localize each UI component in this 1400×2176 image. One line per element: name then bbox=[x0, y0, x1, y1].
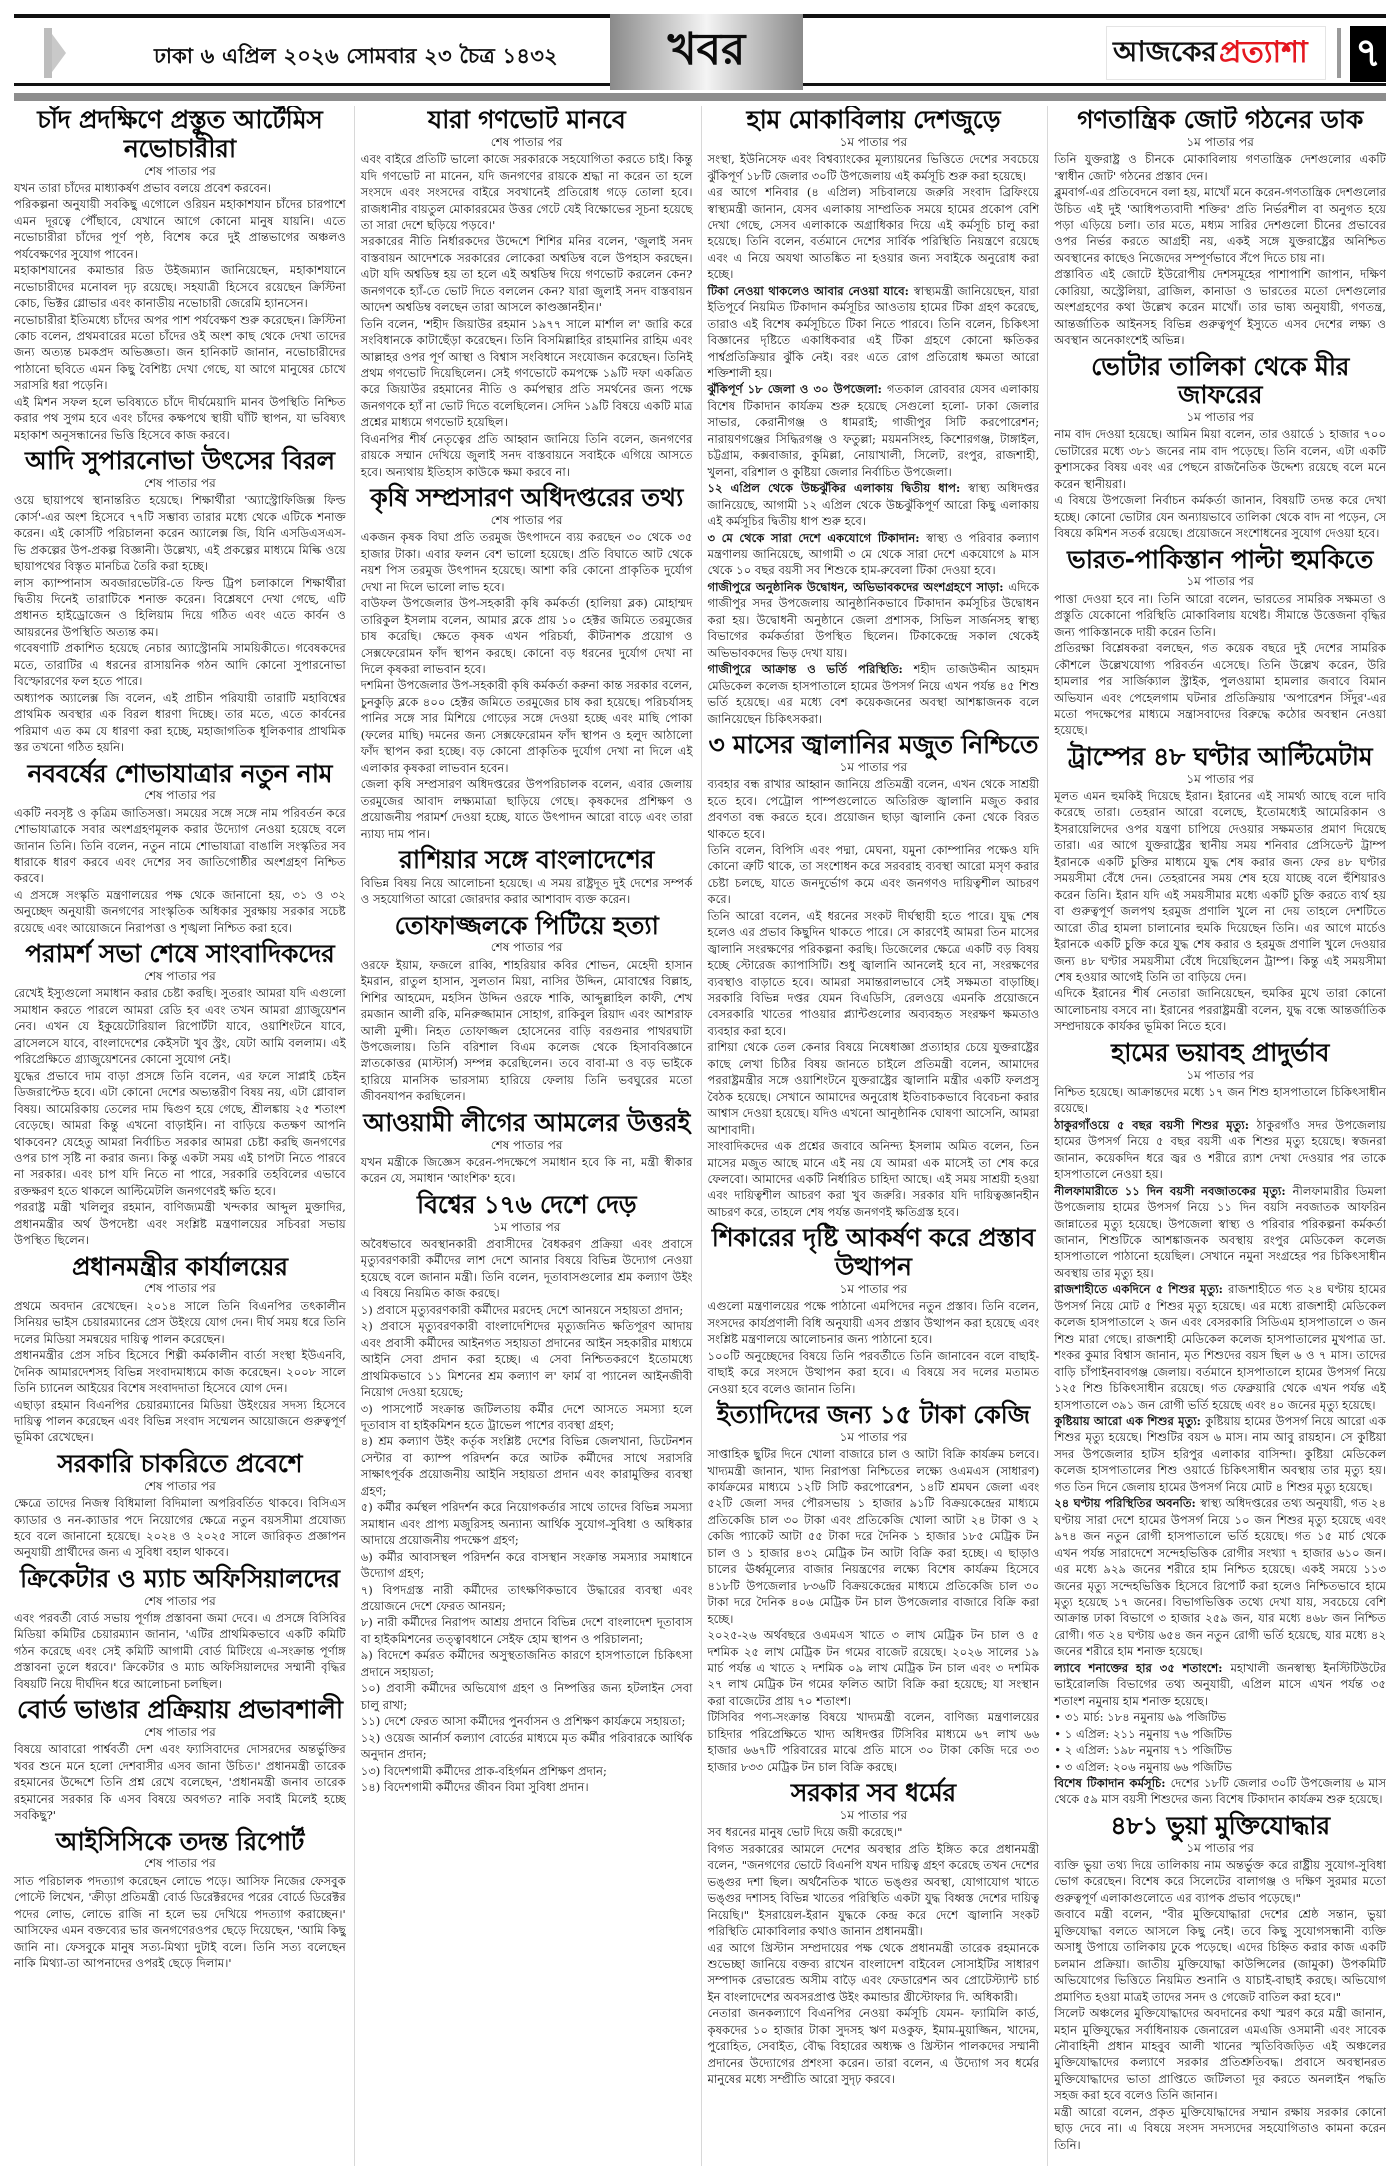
paragraph: ১২) ওয়েজ আর্নার্স কল্যাণ বোর্ডের মাধ্যম… bbox=[361, 1730, 693, 1763]
continued-from-label: ১ম পাতার পর bbox=[361, 1220, 693, 1234]
paragraph-lead: রাজশাহীতে একদিনে ৫ শিশুর মৃত্যু: bbox=[1054, 1282, 1228, 1296]
divider bbox=[1337, 28, 1341, 78]
article-body: একটি নবসৃষ্ট ও কৃত্রিম জাতিসত্তা। সময়ের… bbox=[14, 805, 346, 937]
paragraph: ২৪ ঘণ্টায় পরিস্থিতির অবনতি: স্বাস্থ্য অ… bbox=[1054, 1495, 1386, 1660]
article-headline[interactable]: চাঁদ প্রদক্ষিণে প্রস্তুত আর্টেমিস নভোচার… bbox=[14, 106, 346, 164]
paragraph: সাংবাদিকদের এক প্রশ্নের জবাবে অনিন্দ্য ই… bbox=[708, 1138, 1040, 1220]
article: তোফাজ্জলকে পিটিয়ে হত্যাশেষ পাতার পরওরফে… bbox=[361, 912, 693, 1105]
article-headline[interactable]: তোফাজ্জলকে পিটিয়ে হত্যা bbox=[361, 912, 693, 941]
paragraph: ৭) বিপদগ্রস্ত নারী কর্মীদের তাৎক্ষণিকভাব… bbox=[361, 1582, 693, 1615]
paragraph: ৩ মে থেকে সারা দেশে একযোগে টিকাদান: স্বা… bbox=[708, 530, 1040, 579]
paragraph: নভোচারীরা ইতিমধ্যে চাঁদের অপর পাশ পর্যবে… bbox=[14, 312, 346, 394]
article: হাম মোকাবিলায় দেশজুড়ে১ম পাতার পরসংস্থা… bbox=[708, 106, 1040, 727]
paragraph: ২) প্রবাসে মৃত্যুবরণকারী বাংলাদেশিদের মৃ… bbox=[361, 1318, 693, 1400]
paragraph: ১০) প্রবাসী কর্মীদের অভিযোগ গ্রহণ ও নিষ্… bbox=[361, 1680, 693, 1713]
paragraph: এই মিশন সফল হলে ভবিষ্যতে চাঁদে দীর্ঘমেয়… bbox=[14, 394, 346, 443]
article: হামের ভয়াবহ প্রাদুর্ভাব১ম পাতার পরনিশ্চ… bbox=[1054, 1039, 1386, 1808]
continued-from-label: ১ম পাতার পর bbox=[1054, 1068, 1386, 1082]
article: নববর্ষের শোভাযাত্রার নতুন নামশেষ পাতার প… bbox=[14, 760, 346, 937]
article-body: সাপ্তাহিক ছুটির দিনে খোলা বাজারে চাল ও আ… bbox=[708, 1446, 1040, 1775]
paragraph: ২০২৫-২৬ অর্থবছরে ওএমএস খাতে ৩ লাখ মেট্রি… bbox=[708, 1627, 1040, 1709]
paragraph: এর আগে শনিবার (৪ এপ্রিল) সচিবালয়ে জরুরি… bbox=[708, 184, 1040, 283]
paragraph: রাজশাহীতে একদিনে ৫ শিশুর মৃত্যু: রাজশাহী… bbox=[1054, 1281, 1386, 1413]
article-headline[interactable]: আইসিসিকে তদন্ত রিপোর্ট bbox=[14, 1828, 346, 1857]
paragraph: পাত্তা দেওয়া হবে না। তিনি আরো বলেন, ভার… bbox=[1054, 591, 1386, 640]
page-number: ৭ bbox=[1350, 26, 1386, 82]
paragraph: ৯) বিদেশে কর্মরত কর্মীদের অসুস্থতাজনিত ক… bbox=[361, 1647, 693, 1680]
article-body: মূলত এমন হুমকিই দিয়েছে ইরান। ইরানের এই … bbox=[1054, 788, 1386, 1035]
article-body: নাম বাদ দেওয়া হয়েছে। আমিন মিয়া বলেন, … bbox=[1054, 426, 1386, 541]
logo-part2: প্রত্যাশা bbox=[1219, 28, 1308, 79]
article: রাশিয়ার সঙ্গে বাংলাদেশেরবিভিন্ন বিষয় ন… bbox=[361, 846, 693, 908]
dateline: ঢাকা ৬ এপ্রিল ২০২৬ সোমবার ২৩ চৈত্র ১৪৩২ bbox=[154, 40, 558, 75]
article: যারা গণভোট মানবেশেষ পাতার পরএবং বাইরে প্… bbox=[361, 106, 693, 480]
masthead: ঢাকা ৬ এপ্রিল ২০২৬ সোমবার ২৩ চৈত্র ১৪৩২ … bbox=[14, 14, 1386, 86]
paragraph: ওরফে ইয়াম, ফজলে রাব্বি, শাহরিয়ার কবির … bbox=[361, 957, 693, 1105]
article: ইত্যাদিদের জন্য ১৫ টাকা কেজি১ম পাতার পরস… bbox=[708, 1401, 1040, 1775]
paragraph: তিনি যুক্তরাষ্ট্র ও চীনকে মোকাবিলায় গণত… bbox=[1054, 151, 1386, 184]
column-3: হাম মোকাবিলায় দেশজুড়ে১ম পাতার পরসংস্থা… bbox=[701, 106, 1040, 2166]
continued-from-label: ১ম পাতার পর bbox=[708, 1282, 1040, 1296]
paragraph: অবৈধভাবে অবস্থানকারী প্রবাসীদের বৈধকরণ প… bbox=[361, 1236, 693, 1302]
paragraph: ঝুঁকিপূর্ণ ১৮ জেলা ও ৩০ উপজেলা: গতকাল রো… bbox=[708, 381, 1040, 480]
paragraph: গাজীপুরে অনুষ্ঠানিক উদ্বোধন, অভিভাবকদের … bbox=[708, 579, 1040, 661]
continued-from-label: শেষ পাতার পর bbox=[361, 135, 693, 149]
paragraph: • ৩১ মার্চ: ১৮৪ নমুনায় ৬৯ পজিটিভ bbox=[1054, 1709, 1386, 1725]
paragraph: ১১) দেশে ফেরত আসা কর্মীদের পুনর্বাসন ও প… bbox=[361, 1713, 693, 1729]
paragraph: পরিকল্পনা অনুযায়ী সবকিছু এগোলে ওরিয়ন ম… bbox=[14, 196, 346, 262]
section-label: খবর bbox=[610, 14, 803, 90]
continued-from-label: ১ম পাতার পর bbox=[708, 1808, 1040, 1822]
paragraph: সিলেট অঞ্চলের মুক্তিযোদ্ধাদের অবদানের কথ… bbox=[1054, 2005, 1386, 2104]
article-headline[interactable]: সরকার সব ধর্মের bbox=[708, 1779, 1040, 1808]
article-body: ব্যক্তি ভুয়া তথ্য দিয়ে তালিকায় নাম অন… bbox=[1054, 1857, 1386, 2153]
article-columns: চাঁদ প্রদক্ষিণে প্রস্তুত আর্টেমিস নভোচার… bbox=[14, 106, 1386, 2166]
logo-part1: আজকের bbox=[1113, 30, 1217, 77]
paragraph: ৪) শ্রম কল্যাণ উইং কর্তৃক সংশ্লিষ্ট দেশে… bbox=[361, 1433, 693, 1499]
paragraph: তিনি বলেন, বিপিসি এবং পদ্মা, মেঘনা, যমুন… bbox=[708, 842, 1040, 908]
continued-from-label: শেষ পাতার পর bbox=[14, 1856, 346, 1870]
paragraph-lead: টিকা নেওয়া থাকলেও আবার নেওয়া যাবে: bbox=[708, 284, 914, 298]
article-body: প্রথমে অবদান রেখেছেন। ২০১৪ সালে তিনি বিএ… bbox=[14, 1298, 346, 1446]
paragraph: প্রধানমন্ত্রীর প্রেস সচিব হিসেবে শিল্পী … bbox=[14, 1347, 346, 1396]
article-body: বিষয়ে আবারো পার্শ্ববর্তী দেশ এবং ফ্যাসি… bbox=[14, 1741, 346, 1823]
paragraph: ল্যাবে শনাক্তের হার ৩৫ শতাংশে: মহাখালী জ… bbox=[1054, 1660, 1386, 1709]
continued-from-label: ১ম পাতার পর bbox=[1054, 574, 1386, 588]
paragraph: মন্ত্রী আরো বলেন, প্রকৃত মুক্তিযোদ্ধাদের… bbox=[1054, 2104, 1386, 2153]
article-body: একজন কৃষক বিঘা প্রতি তরমুজ উৎপাদনে ব্যয়… bbox=[361, 529, 693, 842]
paragraph: কুষ্টিয়ায় আরো এক শিশুর মৃত্যু: কুষ্টিয… bbox=[1054, 1413, 1386, 1495]
paragraph: ব্যক্তি ভুয়া তথ্য দিয়ে তালিকায় নাম অন… bbox=[1054, 1857, 1386, 1906]
article-headline[interactable]: আওয়ামী লীগের আমলের উত্তরই bbox=[361, 1109, 693, 1138]
continued-from-label: শেষ পাতার পর bbox=[14, 1725, 346, 1739]
paragraph: বিষয়ে আবারো পার্শ্ববর্তী দেশ এবং ফ্যাসি… bbox=[14, 1741, 346, 1823]
article: পরামর্শ সভা শেষে সাংবাদিকদেরশেষ পাতার পর… bbox=[14, 940, 346, 1248]
article-body: নিশ্চিত হয়েছে। আক্রান্তদের মধ্যে ১৭ জন … bbox=[1054, 1084, 1386, 1808]
continued-from-label: শেষ পাতার পর bbox=[361, 513, 693, 527]
paragraph: বিগত সরকারের আমলে দেশের অবস্থার প্রতি ইঙ… bbox=[708, 1841, 1040, 1940]
paragraph: প্রস্তাবিত এই জোটে ইউরোপীয় দেশসমূহের পা… bbox=[1054, 266, 1386, 348]
paragraph: রাশিয়া থেকে তেল কেনার বিষয়ে নিষেধাজ্ঞা… bbox=[708, 1039, 1040, 1138]
paragraph: ১২ এপ্রিল থেকে উচ্চঝুঁকির এলাকায় দ্বিতী… bbox=[708, 480, 1040, 529]
article: বিশ্বের ১৭৬ দেশে দেড়১ম পাতার পরঅবৈধভাবে… bbox=[361, 1191, 693, 1796]
paragraph: তিনি আরো বলেন, এই ধরনের সংকট দীর্ঘস্থায়… bbox=[708, 908, 1040, 1040]
paragraph: ৮) নারী কর্মীদের নিরাপদ আশ্রয় প্রদানে ব… bbox=[361, 1614, 693, 1647]
paragraph: দশমিনা উপজেলার উপ-সহকারী কৃষি কর্মকর্তা … bbox=[361, 677, 693, 776]
article: ৪৮১ ভুয়া মুক্তিযোদ্ধার১ম পাতার পরব্যক্ত… bbox=[1054, 1812, 1386, 2153]
continued-from-label: শেষ পাতার পর bbox=[361, 1138, 693, 1152]
continued-from-label: ১ম পাতার পর bbox=[1054, 1841, 1386, 1855]
article-headline[interactable]: বোর্ড ভাঙার প্রক্রিয়ায় প্রভাবশালী bbox=[14, 1696, 346, 1725]
paragraph: ১) প্রবাসে মৃত্যুবরণকারী কর্মীদের মরদেহ … bbox=[361, 1302, 693, 1318]
continued-from-label: শেষ পাতার পর bbox=[14, 788, 346, 802]
article-body: এবং পরবর্তী বোর্ড সভায় পূর্ণাঙ্গ প্রস্ত… bbox=[14, 1610, 346, 1692]
paragraph: সাপ্তাহিক ছুটির দিনে খোলা বাজারে চাল ও আ… bbox=[708, 1446, 1040, 1627]
paragraph: ওয়ে ছায়াপথে স্থানান্তরিত হয়েছে। শিক্ষ… bbox=[14, 492, 346, 574]
column-1: চাঁদ প্রদক্ষিণে প্রস্তুত আর্টেমিস নভোচার… bbox=[14, 106, 346, 2166]
article: ৩ মাসের জ্বালানির মজুত নিশ্চিতে১ম পাতার … bbox=[708, 731, 1040, 1220]
paragraph: সাত পরিচালক পদত্যাগ করেছেন লোভে পড়ে। আস… bbox=[14, 1873, 346, 1972]
article-body: এবং বাইরে প্রতিটি ভালো কাজে সরকারকে সহযো… bbox=[361, 151, 693, 480]
paragraph-lead: গাজীপুরে অনুষ্ঠানিক উদ্বোধন, অভিভাবকদের … bbox=[708, 580, 1009, 594]
continued-from-label: ১ম পাতার পর bbox=[1054, 772, 1386, 786]
paragraph: ৫) কর্মীর কর্মস্থল পরিদর্শন করে নিয়োগকর… bbox=[361, 1499, 693, 1548]
article-headline[interactable]: প্রধানমন্ত্রীর কার্যালয়ের bbox=[14, 1253, 346, 1282]
article-body: তিনি যুক্তরাষ্ট্র ও চীনকে মোকাবিলায় গণত… bbox=[1054, 151, 1386, 348]
paragraph: এ প্রসঙ্গে সংস্কৃতি মন্ত্রণালয়ের পক্ষ থ… bbox=[14, 887, 346, 936]
paragraph: ১৩) বিদেশগামী কর্মীদের প্রাক-বহির্গমন প্… bbox=[361, 1763, 693, 1779]
article: আইসিসিকে তদন্ত রিপোর্টশেষ পাতার পরসাত পর… bbox=[14, 1828, 346, 1972]
article-headline[interactable]: ভোটার তালিকা থেকে মীর জাফরের bbox=[1054, 353, 1386, 411]
article-headline[interactable]: ট্রাম্পের ৪৮ ঘণ্টার আল্টিমেটাম bbox=[1054, 743, 1386, 772]
article-body: সাত পরিচালক পদত্যাগ করেছেন লোভে পড়ে। আস… bbox=[14, 1873, 346, 1972]
continued-from-label: ১ম পাতার পর bbox=[708, 760, 1040, 774]
paragraph: বিভিন্ন বিষয় নিয়ে আলোচনা হয়েছে। এ সময… bbox=[361, 875, 693, 908]
article: আওয়ামী লীগের আমলের উত্তরইশেষ পাতার পরযখ… bbox=[361, 1109, 693, 1187]
column-4: গণতান্ত্রিক জোট গঠনের ডাক১ম পাতার পরতিনি… bbox=[1047, 106, 1386, 2166]
article-headline[interactable]: হাম মোকাবিলায় দেশজুড়ে bbox=[708, 106, 1040, 135]
article-headline[interactable]: রাশিয়ার সঙ্গে বাংলাদেশের bbox=[361, 846, 693, 875]
continued-from-label: শেষ পাতার পর bbox=[14, 1281, 346, 1295]
article-headline[interactable]: কৃষি সম্প্রসারণ অধিদপ্তরের তথ্য bbox=[361, 484, 693, 513]
article: কৃষি সম্প্রসারণ অধিদপ্তরের তথ্যশেষ পাতার… bbox=[361, 484, 693, 842]
paragraph: যখন মন্ত্রীকে জিজ্ঞেস করেন-পদক্ষেপে সমাধ… bbox=[361, 1154, 693, 1187]
article-body: সব ধরনের মানুষ ভোট দিয়ে জয়ী করেছে।"বিগ… bbox=[708, 1824, 1040, 2087]
paragraph: এর আগে খ্রিস্টান সম্প্রদায়ের পক্ষ থেকে … bbox=[708, 1940, 1040, 2006]
paragraph: এদিকে ইরানের শীর্ষ নেতারা জানিয়েছেন, হু… bbox=[1054, 985, 1386, 1034]
paragraph: ঠাকুরগাঁওয়ে ৫ বছর বয়সী শিশুর মৃত্যু: ঠ… bbox=[1054, 1117, 1386, 1183]
paragraph: • ১ এপ্রিল: ২১১ নমুনায় ৭৬ পজিটিভ bbox=[1054, 1726, 1386, 1742]
paragraph-lead: ঠাকুরগাঁওয়ে ৫ বছর বয়সী শিশুর মৃত্যু: bbox=[1054, 1118, 1257, 1132]
article: ক্রিকেটার ও ম্যাচ অফিসিয়ালদেরশেষ পাতার … bbox=[14, 1565, 346, 1692]
article-headline[interactable]: ৩ মাসের জ্বালানির মজুত নিশ্চিতে bbox=[708, 731, 1040, 760]
paragraph: এবং বাইরে প্রতিটি ভালো কাজে সরকারকে সহযো… bbox=[361, 151, 693, 233]
article-body: বিভিন্ন বিষয় নিয়ে আলোচনা হয়েছে। এ সময… bbox=[361, 875, 693, 908]
paragraph: বাউফল উপজেলার উপ-সহকারী কৃষি কর্মকর্তা (… bbox=[361, 595, 693, 677]
article-headline[interactable]: বিশ্বের ১৭৬ দেশে দেড় bbox=[361, 1191, 693, 1220]
paragraph: জেলা কৃষি সম্প্রসারণ অধিদপ্তরের উপপরিচাল… bbox=[361, 776, 693, 842]
paragraph-lead: বিশেষ টিকাদান কর্মসূচি: bbox=[1054, 1776, 1170, 1790]
article-headline[interactable]: ৪৮১ ভুয়া মুক্তিযোদ্ধার bbox=[1054, 1812, 1386, 1841]
header-rule bbox=[14, 93, 1386, 101]
paragraph: ৬) কর্মীর আবাসস্থল পরিদর্শন করে বাসস্থান… bbox=[361, 1549, 693, 1582]
continued-from-label: ১ম পাতার পর bbox=[708, 1430, 1040, 1444]
paragraph: একটি নবসৃষ্ট ও কৃত্রিম জাতিসত্তা। সময়ের… bbox=[14, 805, 346, 887]
continued-from-label: ১ম পাতার পর bbox=[708, 135, 1040, 149]
paragraph: রেখেই ইস্যুগুলো সমাধান করার চেষ্টা করছি।… bbox=[14, 985, 346, 1067]
paragraph: যুদ্ধের প্রভাবে দাম বাড়া প্রসঙ্গে তিনি … bbox=[14, 1068, 346, 1200]
paragraph: টিকা নেওয়া থাকলেও আবার নেওয়া যাবে: স্ব… bbox=[708, 283, 1040, 382]
article-body: ক্ষেত্রে তাদের নিজস্ব বিধিমালা বিদিমালা … bbox=[14, 1495, 346, 1561]
article: ভারত-পাকিস্তান পাল্টা হুমকিতে১ম পাতার পর… bbox=[1054, 546, 1386, 739]
newspaper-logo[interactable]: আজকের প্রত্যাশা bbox=[1106, 26, 1326, 80]
paragraph: লাস ক্যাম্পানাস অবজারভেটরি-তে ফিল্ড ট্রি… bbox=[14, 575, 346, 641]
paragraph: এবং পরবর্তী বোর্ড সভায় পূর্ণাঙ্গ প্রস্ত… bbox=[14, 1610, 346, 1692]
continued-from-label: শেষ পাতার পর bbox=[14, 969, 346, 983]
paragraph: মূলত এমন হুমকিই দিয়েছে ইরান। ইরানের এই … bbox=[1054, 788, 1386, 985]
paragraph: নিশ্চিত হয়েছে। আক্রান্তদের মধ্যে ১৭ জন … bbox=[1054, 1084, 1386, 1117]
paragraph-lead: গাজীপুরে আক্রান্ত ও ভর্তি পরিস্থিতি: bbox=[708, 662, 914, 676]
article: ট্রাম্পের ৪৮ ঘণ্টার আল্টিমেটাম১ম পাতার প… bbox=[1054, 743, 1386, 1035]
article-body: এগুলো মন্ত্রণালয়ের পক্ষে পাঠানো এমপিদের… bbox=[708, 1298, 1040, 1397]
continued-from-label: শেষ পাতার পর bbox=[14, 1479, 346, 1493]
article-headline[interactable]: ভারত-পাকিস্তান পাল্টা হুমকিতে bbox=[1054, 546, 1386, 575]
paragraph: নেতারা জনকল্যাণে বিএনপির নেওয়া কর্মসূচি… bbox=[708, 2005, 1040, 2087]
article: শিকারের দৃষ্টি আকর্ষণ করে প্রস্তাব উত্থা… bbox=[708, 1224, 1040, 1397]
paragraph: সংস্থা, ইউনিসেফ এবং বিশ্বব্যাংকের মূল্যা… bbox=[708, 151, 1040, 184]
continued-from-label: ১ম পাতার পর bbox=[1054, 135, 1386, 149]
paragraph: প্রথমে অবদান রেখেছেন। ২০১৪ সালে তিনি বিএ… bbox=[14, 1298, 346, 1347]
article-body: সংস্থা, ইউনিসেফ এবং বিশ্বব্যাংকের মূল্যা… bbox=[708, 151, 1040, 727]
article-headline[interactable]: গণতান্ত্রিক জোট গঠনের ডাক bbox=[1054, 106, 1386, 135]
article: আদি সুপারনোভা উৎসের বিরলশেষ পাতার পরওয়ে… bbox=[14, 447, 346, 755]
paragraph: জবাবে মন্ত্রী বলেন, "বীর মুক্তিযোদ্ধারা … bbox=[1054, 1906, 1386, 2005]
paragraph: সরকারের নীতি নির্ধারকদের উদ্দেশে শিশির ম… bbox=[361, 233, 693, 315]
paragraph: এগুলো মন্ত্রণালয়ের পক্ষে পাঠানো এমপিদের… bbox=[708, 1298, 1040, 1347]
paragraph: বিশেষ টিকাদান কর্মসূচি: দেশের ১৮টি জেলার… bbox=[1054, 1775, 1386, 1808]
article-body: ব্যবহার বন্ধ রাখার আহ্বান জানিয়ে প্রতিম… bbox=[708, 776, 1040, 1220]
article-body: যখন মন্ত্রীকে জিজ্ঞেস করেন-পদক্ষেপে সমাধ… bbox=[361, 1154, 693, 1187]
article-headline[interactable]: ক্রিকেটার ও ম্যাচ অফিসিয়ালদের bbox=[14, 1565, 346, 1594]
paragraph-lead: নীলফামারীতে ১১ দিন বয়সী নবজাতকের মৃত্যু… bbox=[1054, 1184, 1292, 1198]
paragraph-lead: কুষ্টিয়ায় আরো এক শিশুর মৃত্যু: bbox=[1054, 1414, 1205, 1428]
paragraph: • ৩ এপ্রিল: ২০৬ নমুনায় ৬৬ পজিটিভ bbox=[1054, 1759, 1386, 1775]
article-body: অবৈধভাবে অবস্থানকারী প্রবাসীদের বৈধকরণ প… bbox=[361, 1236, 693, 1795]
paragraph: ১০০টি অনুচ্ছেদের বিষয়ে তিনি পরবর্তীতে ত… bbox=[708, 1348, 1040, 1397]
section-title: খবর bbox=[668, 16, 746, 89]
paragraph: মহাকাশযানের কমান্ডার রিড উইজম্যান জানিয়… bbox=[14, 262, 346, 311]
paragraph: এছাড়া রহমান বিএনপির চেয়ারম্যানের মিডিয… bbox=[14, 1397, 346, 1446]
continued-from-label: ১ম পাতার পর bbox=[1054, 410, 1386, 424]
continued-from-label: শেষ পাতার পর bbox=[361, 940, 693, 954]
article-headline[interactable]: হামের ভয়াবহ প্রাদুর্ভাব bbox=[1054, 1039, 1386, 1068]
article-headline[interactable]: যারা গণভোট মানবে bbox=[361, 106, 693, 135]
paragraph-lead: ১২ এপ্রিল থেকে উচ্চঝুঁকির এলাকায় দ্বিতী… bbox=[708, 481, 969, 495]
paragraph: ব্যবহার বন্ধ রাখার আহ্বান জানিয়ে প্রতিম… bbox=[708, 776, 1040, 842]
article-headline[interactable]: পরামর্শ সভা শেষে সাংবাদিকদের bbox=[14, 940, 346, 969]
article: ভোটার তালিকা থেকে মীর জাফরের১ম পাতার পরন… bbox=[1054, 353, 1386, 542]
paragraph: ১৪) বিদেশগামী কর্মীদের জীবন বিমা সুবিধা … bbox=[361, 1779, 693, 1795]
article-headline[interactable]: ইত্যাদিদের জন্য ১৫ টাকা কেজি bbox=[708, 1401, 1040, 1430]
article-body: ওরফে ইয়াম, ফজলে রাব্বি, শাহরিয়ার কবির … bbox=[361, 957, 693, 1105]
article: বোর্ড ভাঙার প্রক্রিয়ায় প্রভাবশালীশেষ প… bbox=[14, 1696, 346, 1823]
article: সরকার সব ধর্মের১ম পাতার পরসব ধরনের মানুষ… bbox=[708, 1779, 1040, 2087]
paragraph: সব ধরনের মানুষ ভোট দিয়ে জয়ী করেছে।" bbox=[708, 1824, 1040, 1840]
paragraph: এ বিষয়ে উপজেলা নির্বাচন কর্মকর্তা জানান… bbox=[1054, 492, 1386, 541]
paragraph: পররাষ্ট্র মন্ত্রী খলিলুর রহমান, বাণিজ্যম… bbox=[14, 1199, 346, 1248]
article: সরকারি চাকরিতে প্রবেশেশেষ পাতার পরক্ষেত্… bbox=[14, 1450, 346, 1561]
paragraph: • ২ এপ্রিল: ১৯৮ নমুনায় ৭১ পজিটিভ bbox=[1054, 1742, 1386, 1758]
paragraph: ব্লুমবার্গ-এর প্রতিবেদনে বলা হয়, মাখোঁ … bbox=[1054, 184, 1386, 266]
paragraph: একজন কৃষক বিঘা প্রতি তরমুজ উৎপাদনে ব্যয়… bbox=[361, 529, 693, 595]
paragraph: অধ্যাপক অ্যালেক্স জি বলেন, এই প্রাচীন পর… bbox=[14, 690, 346, 756]
paragraph: নীলফামারীতে ১১ দিন বয়সী নবজাতকের মৃত্যু… bbox=[1054, 1183, 1386, 1282]
article-body: রেখেই ইস্যুগুলো সমাধান করার চেষ্টা করছি।… bbox=[14, 985, 346, 1248]
paragraph: প্রতিরক্ষা বিশ্লেষকরা বলছেন, গত কয়েক বছ… bbox=[1054, 640, 1386, 739]
paragraph: গবেষণাটি প্রকাশিত হয়েছে নেচার অ্যাস্ট্র… bbox=[14, 640, 346, 689]
paragraph-lead: ৩ মে থেকে সারা দেশে একযোগে টিকাদান: bbox=[708, 531, 927, 545]
paragraph-lead: ঝুঁকিপূর্ণ ১৮ জেলা ও ৩০ উপজেলা: bbox=[708, 382, 887, 396]
article-body: ওয়ে ছায়াপথে স্থানান্তরিত হয়েছে। শিক্ষ… bbox=[14, 492, 346, 755]
column-2: যারা গণভোট মানবেশেষ পাতার পরএবং বাইরে প্… bbox=[354, 106, 693, 2166]
paragraph: বিএনপির শীর্ষ নেতৃত্বের প্রতি আহ্বান জান… bbox=[361, 431, 693, 480]
article-headline[interactable]: আদি সুপারনোভা উৎসের বিরল bbox=[14, 447, 346, 476]
article-body: যখন তারা চাঁদের মাধ্যাকর্ষণ প্রভাব বলয়ে… bbox=[14, 180, 346, 443]
article: প্রধানমন্ত্রীর কার্যালয়েরশেষ পাতার পরপ্… bbox=[14, 1253, 346, 1446]
article-headline[interactable]: সরকারি চাকরিতে প্রবেশে bbox=[14, 1450, 346, 1479]
paragraph: যখন তারা চাঁদের মাধ্যাকর্ষণ প্রভাব বলয়ে… bbox=[14, 180, 346, 196]
paragraph: গাজীপুরে আক্রান্ত ও ভর্তি পরিস্থিতি: শহী… bbox=[708, 661, 1040, 727]
article-headline[interactable]: নববর্ষের শোভাযাত্রার নতুন নাম bbox=[14, 760, 346, 789]
continued-from-label: শেষ পাতার পর bbox=[14, 1594, 346, 1608]
article-headline[interactable]: শিকারের দৃষ্টি আকর্ষণ করে প্রস্তাব উত্থা… bbox=[708, 1224, 1040, 1282]
continued-from-label: শেষ পাতার পর bbox=[14, 476, 346, 490]
paragraph: ৩) পাসপোর্ট সংক্রান্ত জটিলতায় কর্মীর দে… bbox=[361, 1401, 693, 1434]
article: গণতান্ত্রিক জোট গঠনের ডাক১ম পাতার পরতিনি… bbox=[1054, 106, 1386, 349]
paragraph: নাম বাদ দেওয়া হয়েছে। আমিন মিয়া বলেন, … bbox=[1054, 426, 1386, 492]
paragraph: তিনি বলেন, 'শহীদ জিয়াউর রহমান ১৯৭৭ সালে… bbox=[361, 316, 693, 431]
paragraph-lead: ল্যাবে শনাক্তের হার ৩৫ শতাংশে: bbox=[1054, 1661, 1230, 1675]
continued-from-label: শেষ পাতার পর bbox=[14, 164, 346, 178]
article-body: পাত্তা দেওয়া হবে না। তিনি আরো বলেন, ভার… bbox=[1054, 591, 1386, 739]
arrow-icon bbox=[44, 28, 70, 78]
paragraph: টিসিবির পণ্য-সংক্রান্ত বিষয়ে খাদ্যমন্ত্… bbox=[708, 1709, 1040, 1775]
article: চাঁদ প্রদক্ষিণে প্রস্তুত আর্টেমিস নভোচার… bbox=[14, 106, 346, 443]
paragraph-lead: ২৪ ঘণ্টায় পরিস্থিতির অবনতি: bbox=[1054, 1496, 1200, 1510]
paragraph: ক্ষেত্রে তাদের নিজস্ব বিধিমালা বিদিমালা … bbox=[14, 1495, 346, 1561]
